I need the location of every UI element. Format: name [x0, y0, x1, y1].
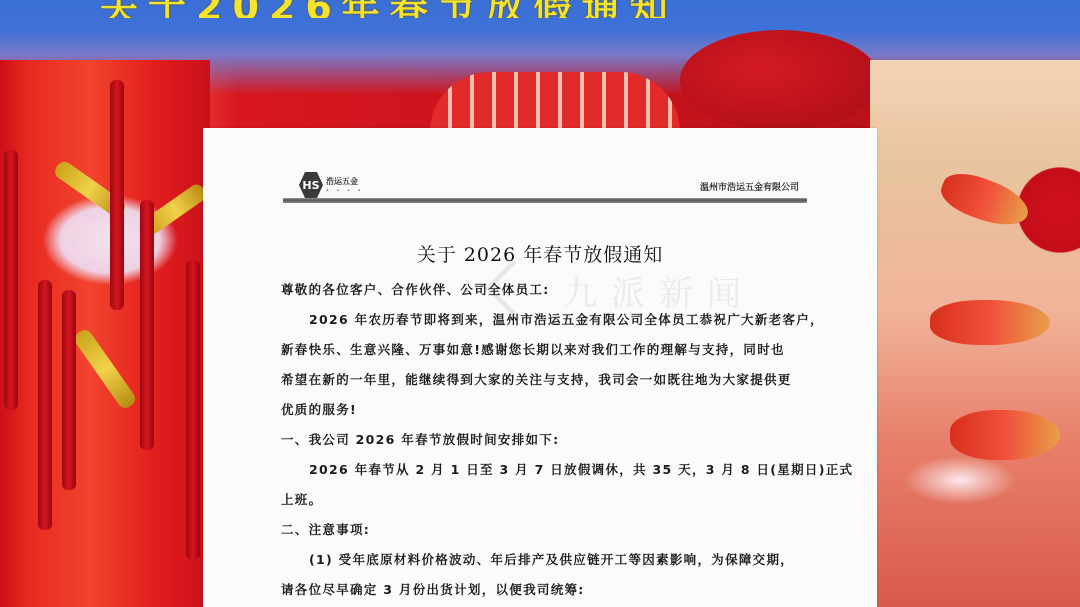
headline-text: 关于2026年春节放假通知 [100, 0, 980, 18]
logo-dots: • • • • [326, 188, 364, 194]
section-1-heading: 一、我公司 2026 年春节放假时间安排如下: [281, 430, 821, 448]
notice-document: HS 浩运五金 • • • • 温州市浩运五金有限公司 九派新闻 关于 2026… [203, 128, 877, 607]
logo-name: 浩运五金 [326, 176, 364, 187]
lantern-decor-right [870, 60, 1080, 607]
document-title: 关于 2026 年春节放假通知 [203, 240, 877, 267]
company-name: 温州市浩运五金有限公司 [700, 180, 799, 193]
red-tassel [186, 260, 200, 560]
paragraph-line: 2026 年农历春节即将到来，温州市浩运五金有限公司全体员工恭祝广大新老客户， [281, 310, 821, 328]
red-tassel [140, 200, 154, 450]
company-logo: HS 浩运五金 • • • • [299, 172, 364, 198]
red-lantern [430, 72, 680, 132]
fish-lantern [936, 166, 1034, 234]
letterhead: HS 浩运五金 • • • • 温州市浩运五金有限公司 [283, 170, 807, 204]
red-tassel [38, 280, 52, 530]
section-2-line: (1) 受年底原材料价格波动、年后排产及供应链开工等因素影响，为保障交期， [281, 550, 821, 568]
red-tassel [110, 80, 124, 310]
red-lantern [680, 30, 880, 130]
section-2-heading: 二、注意事项: [281, 520, 821, 538]
lantern-tassels-left [0, 60, 210, 607]
headline-band: 关于2026年春节放假通知 [0, 0, 1080, 18]
section-1-line: 上班。 [281, 490, 821, 508]
paragraph-line: 优质的服务! [281, 400, 821, 418]
fish-lantern [930, 300, 1050, 345]
section-2-line: 请各位尽早确定 3 月份出货计划，以便我司统筹: [281, 580, 821, 598]
gold-ribbon [72, 327, 138, 411]
salutation: 尊敬的各位客户、合作伙伴、公司全体员工: [281, 280, 821, 298]
letterhead-rule [283, 198, 807, 203]
paragraph-line: 新春快乐、生意兴隆、万事如意!感谢您长期以来对我们工作的理解与支持，同时也 [281, 340, 821, 358]
red-tassel [4, 150, 18, 410]
paragraph-line: 希望在新的一年里，能继续得到大家的关注与支持，我司会一如既往地为大家提供更 [281, 370, 821, 388]
hs-hexagon-logo-icon: HS [299, 172, 323, 198]
section-1-line: 2026 年春节从 2 月 1 日至 3 月 7 日放假调休，共 35 天，3 … [281, 460, 821, 478]
fish-lantern [950, 410, 1060, 460]
red-tassel [62, 290, 76, 490]
